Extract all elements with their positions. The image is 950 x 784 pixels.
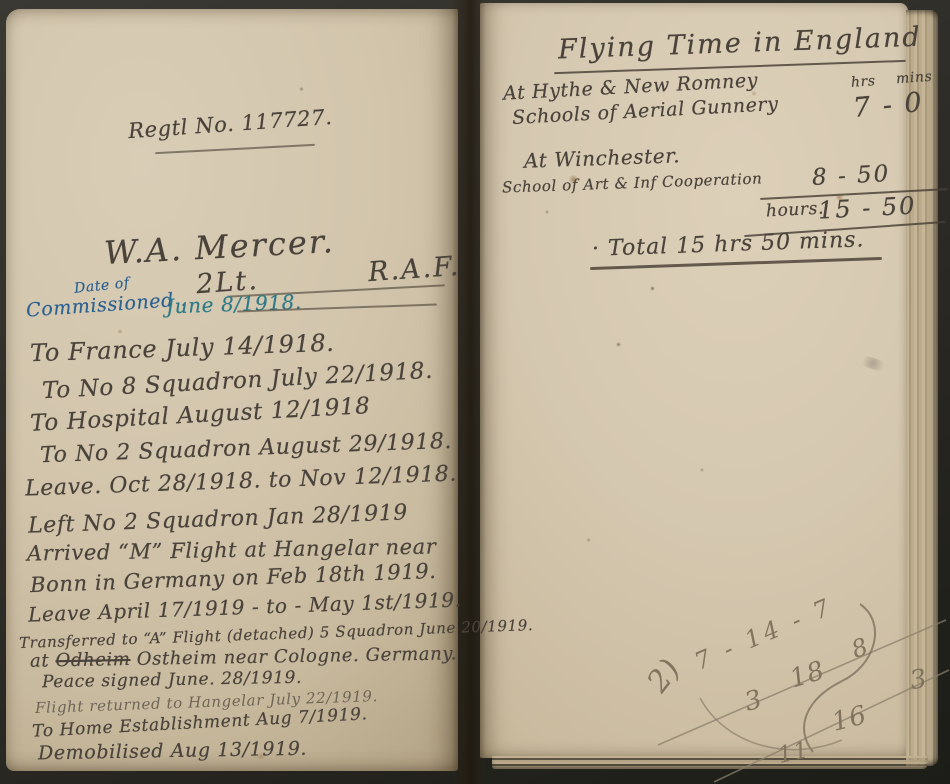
stain	[117, 329, 123, 334]
stain	[700, 468, 704, 472]
stain	[751, 91, 757, 96]
pencil-stroke	[700, 698, 842, 750]
stain	[586, 538, 591, 542]
stain	[299, 87, 304, 91]
stain	[255, 754, 267, 759]
stain	[616, 342, 621, 347]
stain	[650, 286, 655, 291]
stain	[568, 175, 579, 184]
stain	[545, 210, 549, 214]
stain	[835, 193, 844, 201]
